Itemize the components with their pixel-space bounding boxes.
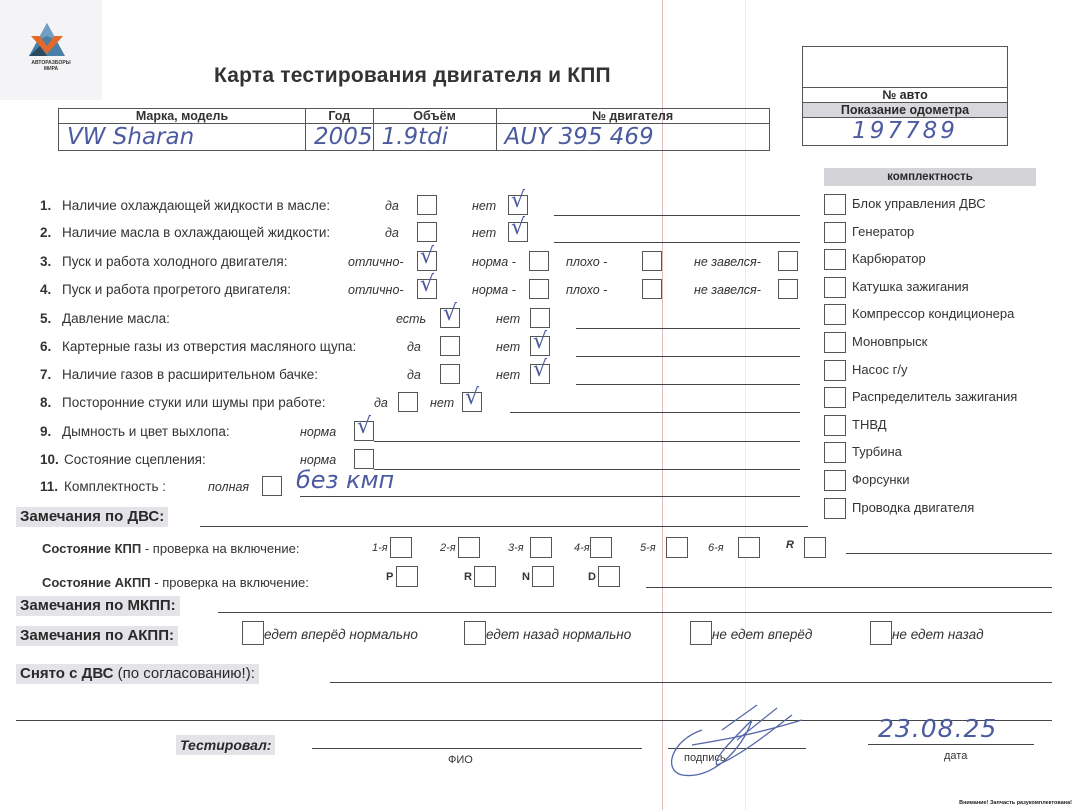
kit-item-label: Распределитель зажигания: [852, 389, 1017, 404]
checklist-option-label: отлично-: [348, 255, 404, 269]
auto-remark-label: едет вперёд нормально: [264, 627, 418, 642]
checklist-option-label: плохо -: [566, 255, 607, 269]
completeness-note[interactable]: без кмп: [296, 466, 394, 494]
auto-number-label: № авто: [803, 88, 1007, 103]
gear-label: 6-я: [708, 542, 724, 554]
kit-item-checkbox[interactable]: [824, 415, 846, 436]
checkbox[interactable]: [530, 308, 550, 328]
gear-checkbox[interactable]: [458, 537, 480, 558]
date-field[interactable]: [868, 744, 1034, 745]
engine-number-label: № двигателя: [497, 109, 769, 123]
gear-checkbox[interactable]: [530, 537, 552, 558]
gear-checkbox[interactable]: [666, 537, 688, 558]
checked-checkbox[interactable]: [508, 195, 528, 215]
checklist-option-label: да: [385, 226, 399, 240]
auto-remark-checkbox[interactable]: [464, 621, 486, 645]
checklist-item-label: 11.Комплектность :: [40, 479, 166, 494]
gear-label: R: [786, 539, 794, 551]
volume-field[interactable]: 1.9tdi: [373, 124, 496, 151]
kit-item-label: Турбина: [852, 444, 902, 459]
checklist-option-label: не завелся-: [694, 283, 761, 297]
auto-mode-label: D: [588, 571, 596, 583]
checklist-item-label: 1.Наличие охлаждающей жидкости в масле:: [40, 198, 330, 213]
mountain-v-logo-icon: [28, 22, 66, 58]
checklist-notes-field[interactable]: [300, 496, 800, 497]
checked-checkbox[interactable]: [417, 279, 437, 299]
auto-remark-label: не едет назад: [892, 627, 984, 642]
tested-by-label: Тестировал:: [176, 735, 275, 755]
gear-label: 4-я: [574, 542, 590, 554]
auto-remark-label: не едет вперёд: [712, 627, 812, 642]
checklist-option-label: да: [385, 199, 399, 213]
checklist-item-label: 7.Наличие газов в расширительном бачке:: [40, 367, 318, 382]
checklist-notes-field[interactable]: [510, 412, 800, 413]
footer-warning: Внимание! Запчасть разукомплектована!: [959, 800, 1072, 806]
gearbox-notes-field[interactable]: [846, 553, 1052, 554]
checkbox[interactable]: [417, 195, 437, 215]
kit-item-label: Компрессор кондиционера: [852, 306, 1014, 321]
kit-item-label: ТНВД: [852, 417, 887, 432]
checklist-item-label: 2.Наличие масла в охлаждающей жидкости:: [40, 225, 330, 240]
checklist-notes-field[interactable]: [576, 384, 800, 385]
kit-item-checkbox[interactable]: [824, 470, 846, 491]
year-field[interactable]: 2005: [306, 124, 374, 151]
checklist-option-label: да: [374, 396, 388, 410]
kit-item-checkbox[interactable]: [824, 442, 846, 463]
make-model-field[interactable]: VW Sharan: [59, 124, 306, 151]
gear-checkbox[interactable]: [804, 537, 826, 558]
checkbox[interactable]: [440, 336, 460, 356]
checklist-notes-field[interactable]: [374, 441, 800, 442]
checklist-option-label: отлично-: [348, 283, 404, 297]
checklist-option-label: норма -: [472, 283, 516, 297]
checklist-option-label: норма -: [472, 255, 516, 269]
signature-scribble-icon: [662, 700, 812, 780]
gear-checkbox[interactable]: [738, 537, 760, 558]
kit-item-label: Проводка двигателя: [852, 500, 974, 515]
remarks-engine-field[interactable]: [200, 526, 808, 527]
auto-remark-checkbox[interactable]: [242, 621, 264, 645]
auto-mode-label: P: [386, 571, 393, 583]
kit-item-checkbox[interactable]: [824, 222, 846, 243]
checkbox[interactable]: [778, 279, 798, 299]
tester-name-field[interactable]: [312, 748, 642, 749]
checklist-option-label: нет: [496, 368, 520, 382]
odometer-label: Показание одометра: [803, 103, 1007, 118]
auto-remark-checkbox[interactable]: [690, 621, 712, 645]
kit-item-label: Моновпрыск: [852, 334, 927, 349]
auto-mode-label: R: [464, 571, 472, 583]
kit-item-label: Блок управления ДВС: [852, 196, 986, 211]
checklist-item-label: 5.Давление масла:: [40, 311, 170, 326]
kit-item-label: Генератор: [852, 224, 914, 239]
kit-item-label: Насос г/у: [852, 362, 907, 377]
checklist-option-label: не завелся-: [694, 255, 761, 269]
checked-checkbox[interactable]: [440, 308, 460, 328]
checklist-option-label: нет: [430, 396, 454, 410]
checkbox[interactable]: [642, 251, 662, 271]
checked-checkbox[interactable]: [354, 421, 374, 441]
checklist-notes-field[interactable]: [576, 356, 800, 357]
gear-label: 5-я: [640, 542, 656, 554]
company-logo: АВТОРАЗБОРЫ МИРА: [0, 0, 102, 100]
checklist-notes-field[interactable]: [576, 328, 800, 329]
kit-item-label: Форсунки: [852, 472, 909, 487]
removed-parts-field[interactable]: [330, 682, 1052, 683]
removed-parts-label: Снято с ДВС (по согласованию!):: [16, 664, 259, 684]
checkbox[interactable]: [778, 251, 798, 271]
remarks-manual-label: Замечания по МКПП:: [16, 596, 180, 616]
auto-gearbox-label: Состояние АКПП - проверка на включение:: [42, 575, 309, 590]
volume-label: Объём: [374, 109, 496, 123]
checked-checkbox[interactable]: [508, 222, 528, 242]
checklist-option-label: есть: [396, 312, 426, 326]
checklist-notes-field[interactable]: [374, 469, 800, 470]
auto-remark-label: едет назад нормально: [486, 627, 631, 642]
checklist-option-label: да: [407, 340, 421, 354]
engine-number-field[interactable]: AUY 395 469: [496, 124, 769, 151]
auto-mode-checkbox[interactable]: [532, 566, 554, 587]
checklist-notes-field[interactable]: [554, 215, 800, 216]
kit-heading: комплектность: [824, 168, 1036, 186]
kit-item-checkbox[interactable]: [824, 360, 846, 381]
checklist-option-label: да: [407, 368, 421, 382]
kit-item-checkbox[interactable]: [824, 332, 846, 353]
odometer-field[interactable]: 197789: [803, 118, 1007, 145]
remarks-manual-field[interactable]: [218, 612, 1052, 613]
kit-item-checkbox[interactable]: [824, 498, 846, 519]
checklist-item-label: 4.Пуск и работа прогретого двигателя:: [40, 282, 291, 297]
checklist-option-label: норма: [300, 425, 336, 439]
gearbox-label: Состояние КПП - проверка на включение:: [42, 541, 299, 556]
checklist-option-label: норма: [300, 453, 336, 467]
checklist-item-label: 3.Пуск и работа холодного двигателя:: [40, 254, 288, 269]
checkbox[interactable]: [417, 222, 437, 242]
checked-checkbox[interactable]: [530, 364, 550, 384]
kit-item-checkbox[interactable]: [824, 194, 846, 215]
auto-number-field[interactable]: [803, 47, 1007, 88]
date-caption: дата: [944, 750, 967, 762]
kit-item-checkbox[interactable]: [824, 304, 846, 325]
checklist-option-label: нет: [496, 340, 520, 354]
logo-text-line2: МИРА: [5, 66, 97, 72]
auto-mode-checkbox[interactable]: [598, 566, 620, 587]
auto-mode-checkbox[interactable]: [474, 566, 496, 587]
auto-info-box: № авто Показание одометра 197789: [802, 46, 1008, 146]
checklist-option-label: нет: [472, 226, 496, 240]
year-label: Год: [306, 109, 373, 123]
checkbox[interactable]: [440, 364, 460, 384]
checkbox[interactable]: [262, 476, 282, 496]
kit-item-checkbox[interactable]: [824, 277, 846, 298]
gear-checkbox[interactable]: [390, 537, 412, 558]
page-title: Карта тестирования двигателя и КПП: [214, 64, 611, 88]
checked-checkbox[interactable]: [530, 336, 550, 356]
checklist-notes-field[interactable]: [554, 242, 800, 243]
auto-gearbox-notes-field[interactable]: [646, 587, 1052, 588]
kit-item-label: Катушка зажигания: [852, 279, 969, 294]
date-value[interactable]: 23.08.25: [878, 714, 997, 743]
auto-mode-label: N: [522, 571, 530, 583]
checklist-option-label: плохо -: [566, 283, 607, 297]
checkbox[interactable]: [398, 392, 418, 412]
gear-checkbox[interactable]: [590, 537, 612, 558]
kit-item-checkbox[interactable]: [824, 249, 846, 270]
remarks-auto-label: Замечания по АКПП:: [16, 626, 178, 646]
checkbox[interactable]: [529, 251, 549, 271]
kit-item-label: Карбюратор: [852, 251, 926, 266]
checklist-item-label: 10.Состояние сцепления:: [40, 452, 206, 467]
auto-remark-checkbox[interactable]: [870, 621, 892, 645]
checklist-option-label: нет: [496, 312, 520, 326]
checklist-option-label: нет: [472, 199, 496, 213]
gear-label: 1-я: [372, 542, 388, 554]
gear-label: 2-я: [440, 542, 456, 554]
checklist-option-label: полная: [208, 480, 249, 494]
kit-item-checkbox[interactable]: [824, 387, 846, 408]
auto-mode-checkbox[interactable]: [396, 566, 418, 587]
name-caption: ФИО: [448, 754, 473, 766]
checkbox[interactable]: [529, 279, 549, 299]
remarks-engine-label: Замечания по ДВС:: [16, 507, 168, 527]
checklist-item-label: 9.Дымность и цвет выхлопа:: [40, 424, 230, 439]
make-model-label: Марка, модель: [59, 109, 305, 123]
checklist-item-label: 8.Посторонние стуки или шумы при работе:: [40, 395, 326, 410]
checkbox[interactable]: [642, 279, 662, 299]
checked-checkbox[interactable]: [417, 251, 437, 271]
checked-checkbox[interactable]: [462, 392, 482, 412]
gear-label: 3-я: [508, 542, 524, 554]
vehicle-info-table: Марка, модель Год Объём № двигателя VW S…: [58, 108, 770, 151]
checklist-item-label: 6.Картерные газы из отверстия масляного …: [40, 339, 356, 354]
